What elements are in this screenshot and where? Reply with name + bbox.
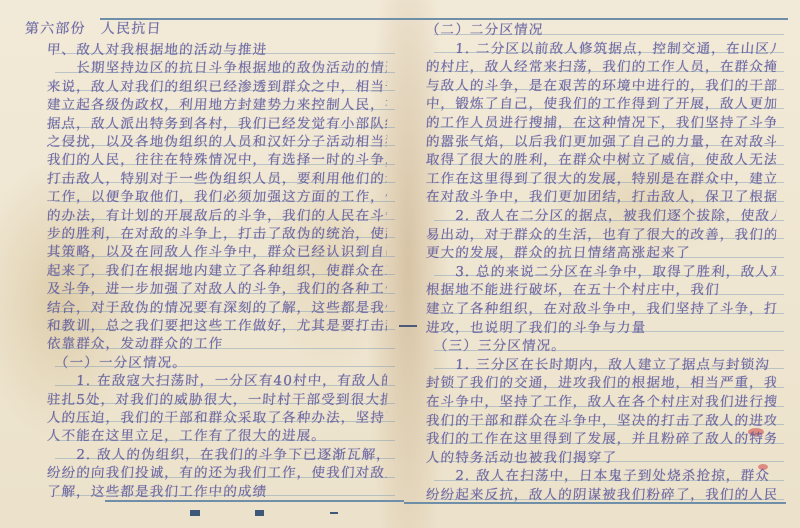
manuscript-spread: 第六部份 人民抗日甲、敌人对我根据地的活动与推进 长期坚持边区的抗日斗争根据地的… (0, 0, 800, 528)
manuscript-line: 甲、敌人对我根据地的活动与推进 (46, 38, 387, 58)
manuscript-line: 与敌人的斗争，是在艰苦的环境中进行的，我们的干部与群众在斗争 (425, 74, 776, 94)
manuscript-line: 结合，对于敌伪的情况要有深刻的了解，这些都是我们工作中的经验 (46, 296, 387, 316)
manuscript-line: 的嚣张气焰，以后我们更加强了自己的力量，在对敌斗争中，我们 (425, 130, 776, 150)
page-title: 第六部份 人民抗日 (24, 18, 162, 38)
manuscript-line: 人不能在这里立足，工作有了很大的进展。 (46, 424, 387, 444)
manuscript-line: 人的压迫，我们的干部和群众采取了各种办法，坚持了斗争，使敌 (46, 406, 387, 426)
manuscript-line: 3. 总的来说二分区在斗争中，取得了胜利，敌人对我们的 (425, 260, 776, 280)
manuscript-line: 起来了，我们在根据地内建立了各种组织，使群众在工作中的坚持 (46, 259, 387, 279)
manuscript-line: 1. 三分区在长时期内，敌人建立了据点与封锁沟 (425, 353, 776, 373)
manuscript-line: 依靠群众，发动群众的工作 (46, 332, 387, 352)
manuscript-line: 中，锻炼了自己，使我们的工作得到了开展，敌人更加恐慌，对我们 (425, 92, 776, 112)
manuscript-line: 步的胜利，在对敌的斗争上，打击了敌伪的统治，使敌人不得不改变 (46, 222, 387, 242)
manuscript-line: 建立起各级伪政权，利用地方封建势力来控制人民，在边区四周 普遍建立 (46, 93, 387, 113)
manuscript-line: 进攻，也说明了我们的斗争与力量 (425, 316, 776, 336)
manuscript-line: 和教训，总之我们要把这些工作做好，尤其是要打击敌人的特务活动 (46, 314, 387, 334)
left-page: 第六部份 人民抗日甲、敌人对我根据地的活动与推进 长期坚持边区的抗日斗争根据地的… (0, 0, 404, 528)
manuscript-line: 易出动，对于群众的生活，也有了很大的改善，我们的工作得到了 (425, 223, 776, 243)
manuscript-line: 在斗争中，坚持了工作，敌人在各个村庄对我们进行搜捕 (425, 390, 776, 410)
manuscript-line: （二）二分区情况 (425, 18, 776, 38)
manuscript-line: 建立了各种组织，在对敌斗争中，我们坚持了斗争，打败了敌人的 (425, 297, 776, 317)
manuscript-line: 其策略，以及在同敌人作斗争中，群众已经认识到自己的力量和组织 (46, 240, 387, 260)
manuscript-line: 更大的发展，群众的抗日情绪高涨起来了 (425, 241, 776, 261)
manuscript-line: （三）三分区情况。 (425, 334, 776, 354)
manuscript-line: 2. 敌人的伪组织，在我们的斗争下已逐渐瓦解，敌伪人员 (46, 443, 387, 463)
manuscript-line: 纷纷起来反抗，敌人的阴谋被我们粉碎了，我们的人民坚持斗争 (425, 483, 776, 503)
manuscript-line: 据点，敌人派出特务到各村，我们已经发觉有小部队经常对边区的敌人 (46, 112, 387, 132)
manuscript-line: 长期坚持边区的抗日斗争根据地的敌伪活动的情形 (46, 56, 387, 76)
manuscript-line: 纷纷的向我们投诚，有的还为我们工作，使我们对敌人的情况更加 (46, 461, 387, 481)
manuscript-line: 2. 敌人在扫荡中，日本鬼子到处烧杀抢掠，群众 (425, 464, 776, 484)
manuscript-line: 的办法，有计划的开展敌后的斗争，我们的人民在斗争中，获得了初 (46, 204, 387, 224)
manuscript-line: 驻扎5处，对我们的威胁很大，一时村干部受到很大损失，对于敌 (46, 388, 387, 408)
manuscript-line: 我们的干部和群众在斗争中，坚决的打击了敌人的进攻 (425, 409, 776, 429)
manuscript-line: 之侵扰，以及各地伪组织的人员和汉奸分子活动相当猖獗，对于一切斗争 (46, 130, 387, 150)
manuscript-line: （一）一分区情况。 (46, 351, 387, 371)
manuscript-line: 了解，这些都是我们工作中的成绩 (46, 480, 387, 500)
manuscript-line: 及斗争，进一步加强了对敌人的斗争，我们的各种工作必须与群众 (46, 277, 387, 297)
manuscript-line: 1. 在敌寇大扫荡时，一分区有40村中，有敌人的据点，敌人 (46, 369, 387, 389)
gutter-mark (399, 325, 417, 327)
manuscript-line: 人的特务活动也被我们揭穿了 (425, 446, 776, 466)
manuscript-line: 我们的工作在这里得到了发展，并且粉碎了敌人的特务活动 (425, 427, 776, 447)
manuscript-line: 根据地不能进行破坏，在五十个村庄中，我们 (425, 278, 776, 298)
footer-mark (255, 510, 264, 516)
footer-mark (190, 510, 200, 516)
manuscript-line: 取得了很大的胜利，在群众中树立了威信，使敌人无法立足，我们的 (425, 148, 776, 168)
manuscript-line: 我们的人民，往往在特殊情况中，有选择一时的斗争，我们要抓住时机 (46, 148, 387, 168)
manuscript-line: 工作在这里得到了很大的发展，特别是在群众中，建立了抗日的组织 (425, 167, 776, 187)
manuscript-line: 2. 敌人在二分区的据点，被我们逐个拔除，使敌人不敢轻 (425, 204, 776, 224)
right-page: （二）二分区情况 1. 二分区以前敌人修筑据点，控制交通，在山区八路军活动的村庄… (404, 0, 800, 528)
manuscript-line: 打击敌人，特别对于一些伪组织人员，要利用他们的矛盾关系，进行 (46, 167, 387, 187)
manuscript-line: 来说，敌人对我们的组织已经渗透到群众之中，相当普遍的 (46, 75, 387, 95)
manuscript-line: 的工作人员进行搜捕，在这种情况下，我们坚持了斗争，打击了敌人 (425, 111, 776, 131)
footer-mark (330, 512, 338, 514)
manuscript-line: 封锁了我们的交通，进攻我们的根据地，相当严重，我们 (425, 371, 776, 391)
manuscript-line: 的村庄，敌人经常来扫荡，我们的工作人员，在群众掩护下坚持工作，我们 (425, 55, 776, 75)
bottom-rule (105, 500, 404, 502)
manuscript-line: 工作，以便争取他们，我们必须加强这方面的工作，使自己对敌斗争 (46, 185, 387, 205)
manuscript-line: 在对敌斗争中，我们更加团结，打击敌人，保卫了根据地 (425, 185, 776, 205)
manuscript-line: 1. 二分区以前敌人修筑据点，控制交通，在山区八路军活动 (425, 37, 776, 57)
